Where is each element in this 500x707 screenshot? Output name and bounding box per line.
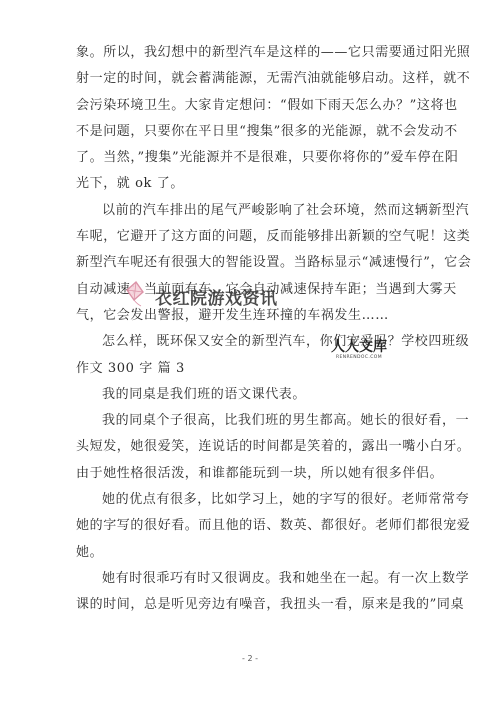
page-number: - 2 -: [0, 654, 500, 663]
watermark-site1: 衣红院游戏资讯: [123, 280, 278, 313]
text-line: 她的优点有很多，比如学习上，她的字写的很好。老师常常夸: [76, 487, 416, 513]
text-line: 光下，就 ok 了。: [76, 171, 416, 197]
text-line: 我的同桌个子很高，比我们班的男生都高。她长的很好看，一: [76, 408, 416, 434]
text-line: 课的时间，总是听见旁边有噪音，我扭头一看，原来是我的”同桌: [76, 592, 416, 618]
text-line: 以前的汽车排出的尾气严峻影响了社会环境，然而这辆新型汽: [76, 198, 416, 224]
text-line: 会污染环境卫生。大家肯定想问：“假如下雨天怎么办？”这将也: [76, 93, 416, 119]
text-line: 她。: [76, 540, 416, 566]
text-line: 她的字写的很好看。而且他的语、数英、都很好。老师们都很宠爱: [76, 513, 416, 539]
watermark-text: 衣红院游戏资讯: [155, 284, 278, 309]
text-line: 她有时很乖巧有时又很调皮。我和她坐在一起。有一次上数学: [76, 566, 416, 592]
text-line: 象。所以，我幻想中的新型汽车是这样的——它只需要通过阳光照: [76, 40, 416, 66]
document-body: 象。所以，我幻想中的新型汽车是这样的——它只需要通过阳光照 射一定的时间，就会蓄…: [76, 40, 416, 619]
text-line: 不是问题，只要你在平日里“搜集”很多的光能源，就不会发动不: [76, 119, 416, 145]
watermark-title: 人人文库: [326, 340, 392, 355]
watermark-site2: • • • • • • • 人人文库 RENRENDOC.COM: [326, 336, 392, 361]
text-line: 车呢，它避开了这方面的问题，反而能够排出新颖的空气呢！这类: [76, 224, 416, 250]
watermark-subtitle: RENRENDOC.COM: [326, 355, 392, 361]
kite-icon: [123, 280, 149, 313]
text-line: 射一定的时间，就会蓄满能源，无需汽油就能够启动。这样，就不: [76, 66, 416, 92]
text-line: 了。当然，”搜集”光能源并不是很难，只要你将你的”爱车停在阳: [76, 145, 416, 171]
document-page: 象。所以，我幻想中的新型汽车是这样的——它只需要通过阳光照 射一定的时间，就会蓄…: [0, 0, 500, 707]
text-line: 由于她性格很活泼，和谁都能玩到一块，所以她有很多伴侣。: [76, 461, 416, 487]
text-line: 新型汽车呢还有很强大的智能设置。当路标显示“减速慢行”，它会: [76, 250, 416, 276]
text-line: 头短发，她很爱笑，连说话的时间都是笑着的，露出一嘴小白牙。: [76, 434, 416, 460]
text-line: 我的同桌是我们班的语文课代表。: [76, 382, 416, 408]
